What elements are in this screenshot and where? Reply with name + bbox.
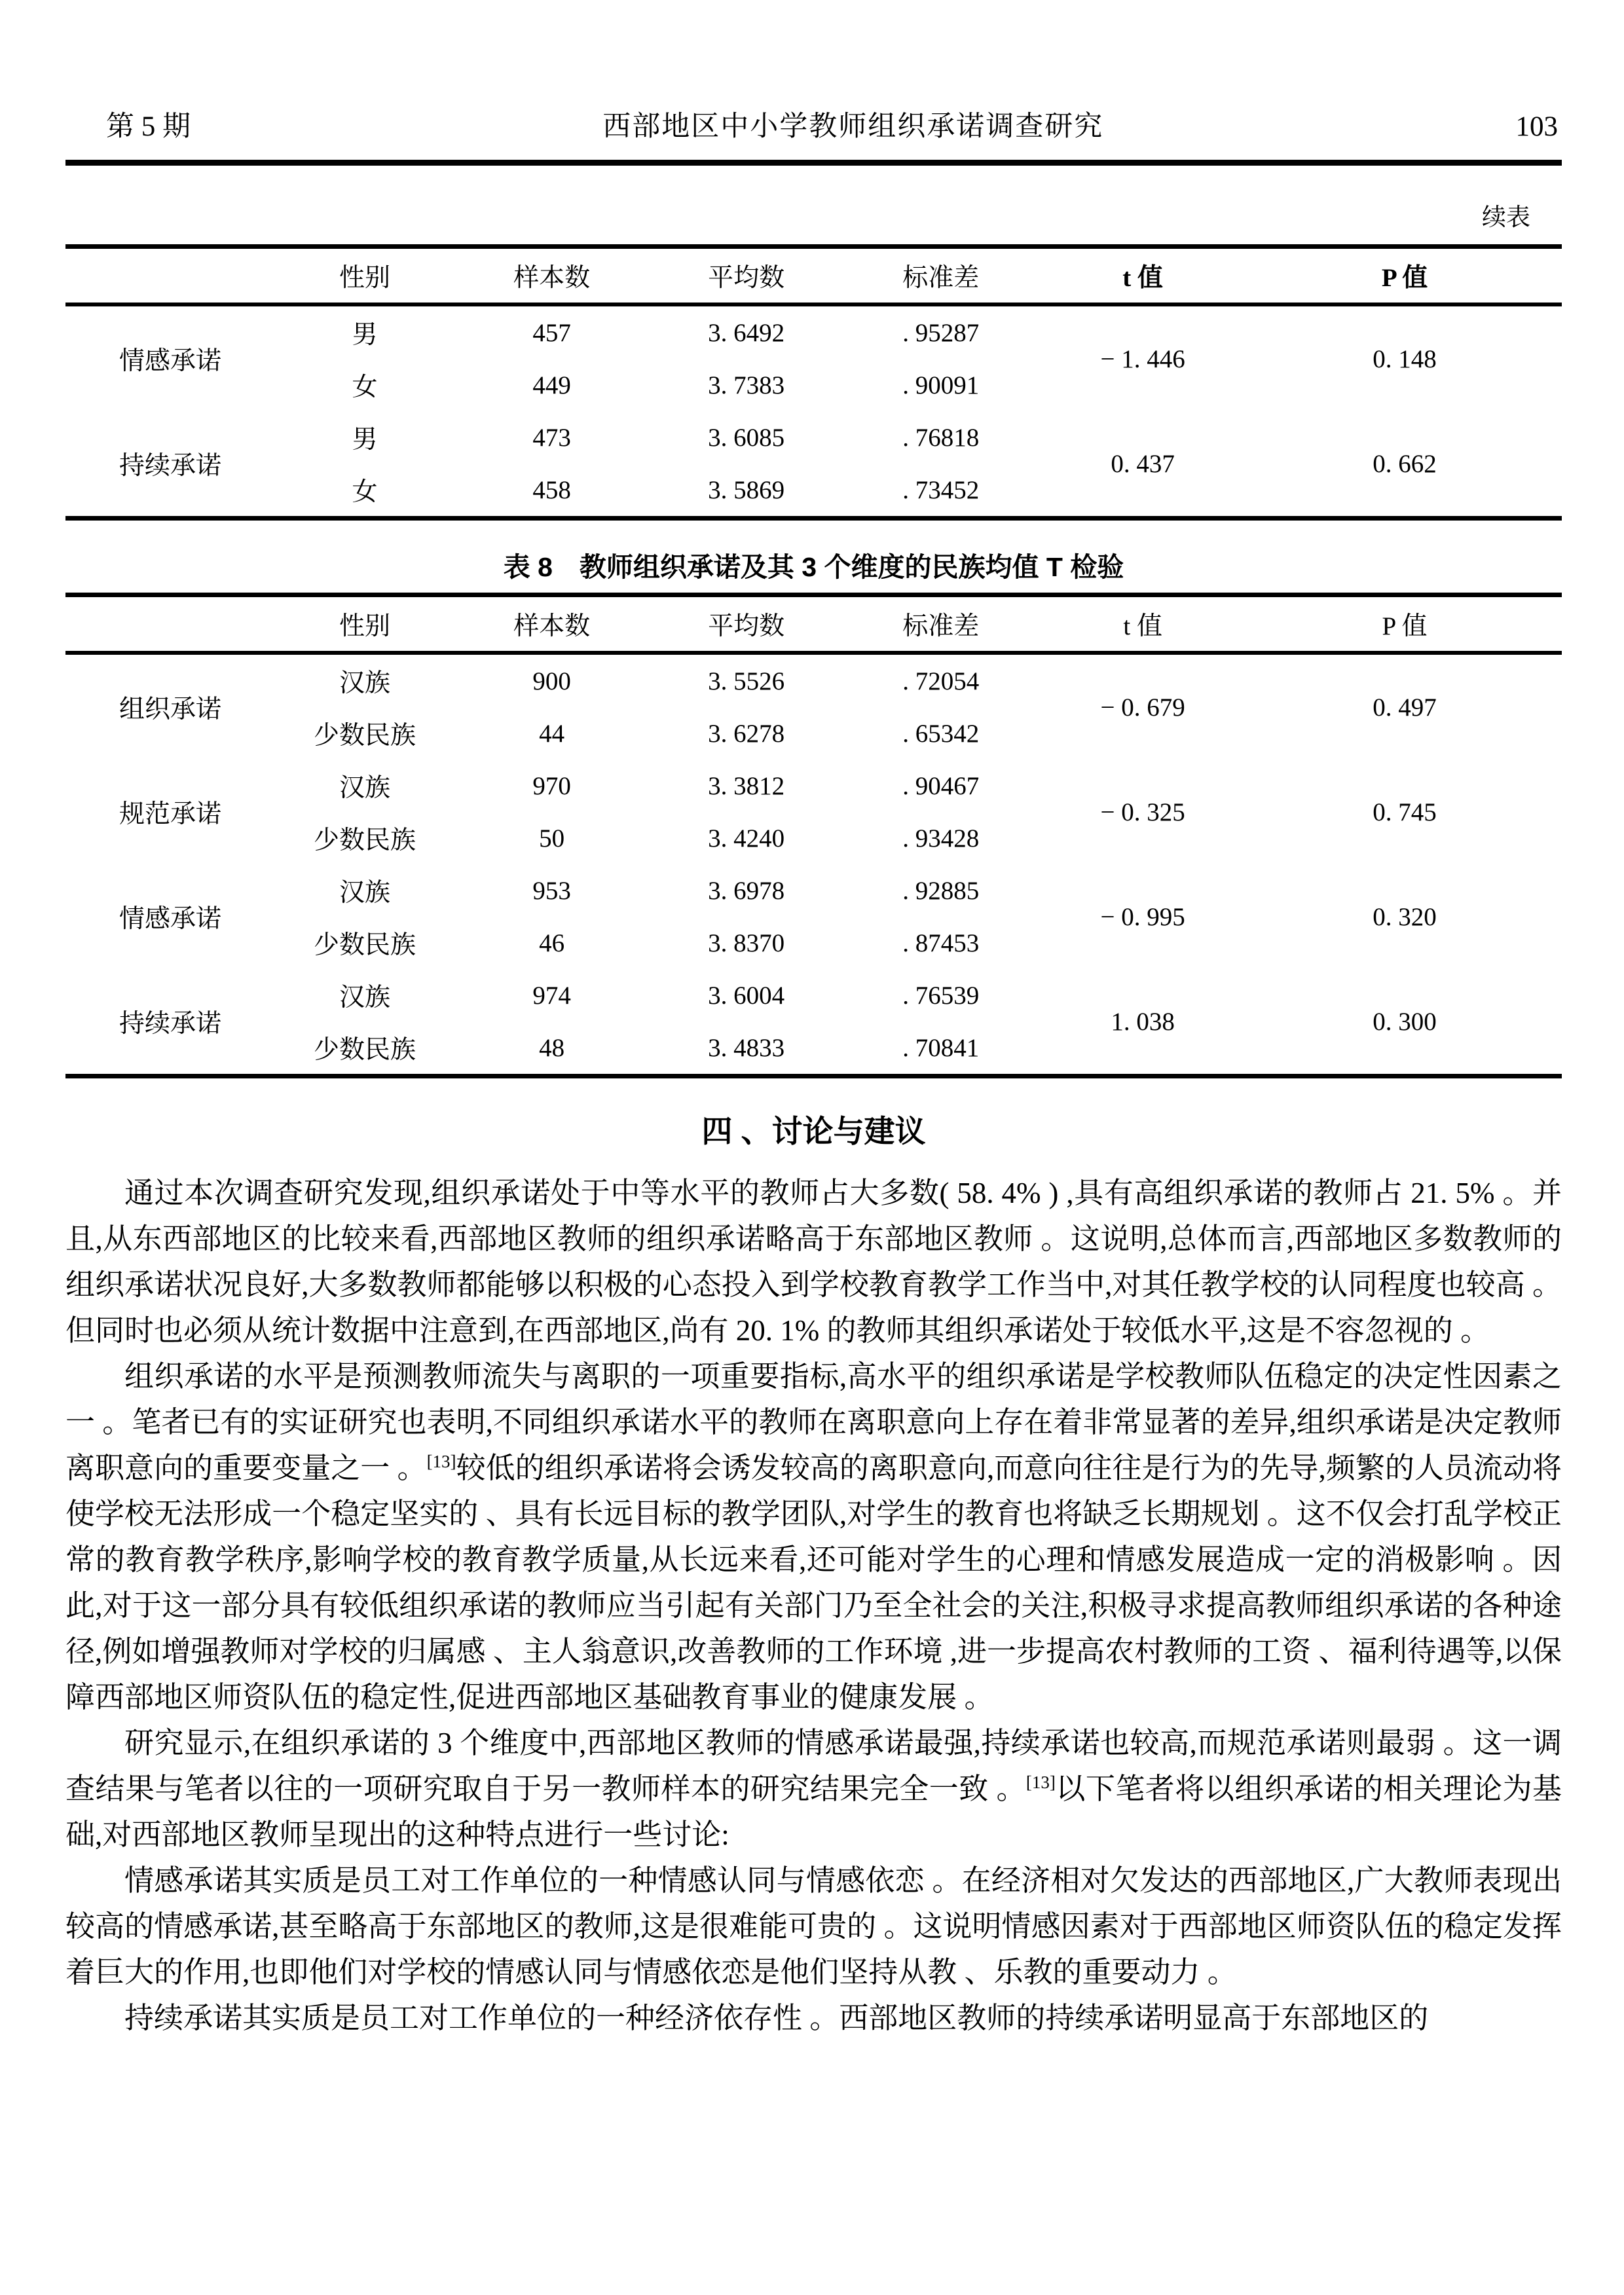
cell-mean: 3. 8370 xyxy=(649,917,843,969)
col-header-blank xyxy=(65,247,275,305)
cell-group: 女 xyxy=(275,464,454,519)
citation-ref: [13] xyxy=(1026,1772,1056,1792)
cell-dimension: 情感承诺 xyxy=(65,864,275,969)
col-header-group: 性别 xyxy=(275,247,454,305)
issue-label: 第 5 期 xyxy=(65,110,191,144)
col-header-p: P 值 xyxy=(1247,247,1562,305)
cell-mean: 3. 6492 xyxy=(649,304,843,359)
table-header-row: 性别 样本数 平均数 标准差 t 值 P 值 xyxy=(65,595,1562,653)
cell-n: 44 xyxy=(454,707,649,760)
cell-group: 少数民族 xyxy=(275,812,454,864)
table8-caption: 表 8 教师组织承诺及其 3 个维度的民族均值 T 检验 xyxy=(65,551,1562,583)
cell-t: 1. 038 xyxy=(1038,969,1247,1076)
cell-group: 男 xyxy=(275,411,454,464)
cell-group: 少数民族 xyxy=(275,707,454,760)
cell-dimension: 规范承诺 xyxy=(65,760,275,864)
paragraph-text: 较低的组织承诺将会诱发较高的离职意向,而意向往往是行为的先导,频繁的人员流动将使… xyxy=(65,1452,1562,1714)
table8: 性别 样本数 平均数 标准差 t 值 P 值 组织承诺 汉族 900 3. 55… xyxy=(65,593,1562,1078)
cell-n: 458 xyxy=(454,464,649,519)
paragraph: 通过本次调查研究发现,组织承诺处于中等水平的教师占大多数( 58. 4% ) ,… xyxy=(65,1170,1562,1353)
col-header-p: P 值 xyxy=(1247,595,1562,653)
cell-t: 0. 437 xyxy=(1038,411,1247,519)
cell-group: 汉族 xyxy=(275,760,454,812)
cell-sd: . 65342 xyxy=(843,707,1038,760)
cell-dimension: 持续承诺 xyxy=(65,411,275,519)
cell-group: 汉族 xyxy=(275,969,454,1021)
continued-table: 性别 样本数 平均数 标准差 t 值 P 值 情感承诺 男 457 3. 649… xyxy=(65,244,1562,521)
col-header-n: 样本数 xyxy=(454,247,649,305)
citation-ref: [13] xyxy=(427,1452,456,1471)
cell-sd: . 76539 xyxy=(843,969,1038,1021)
cell-sd: . 90091 xyxy=(843,359,1038,411)
table-row: 规范承诺 汉族 970 3. 3812 . 90467 − 0. 325 0. … xyxy=(65,760,1562,812)
col-header-mean: 平均数 xyxy=(649,247,843,305)
paragraph-text: 通过本次调查研究发现,组织承诺处于中等水平的教师占大多数( 58. 4% ) ,… xyxy=(65,1177,1562,1347)
col-header-n: 样本数 xyxy=(454,595,649,653)
cell-sd: . 87453 xyxy=(843,917,1038,969)
table-row: 组织承诺 汉族 900 3. 5526 . 72054 − 0. 679 0. … xyxy=(65,653,1562,707)
journal-page: 第 5 期 西部地区中小学教师组织承诺调查研究 103 续表 性别 样本数 平均… xyxy=(0,0,1624,2295)
cell-n: 970 xyxy=(454,760,649,812)
cell-n: 457 xyxy=(454,304,649,359)
cell-sd: . 73452 xyxy=(843,464,1038,519)
table-row: 持续承诺 男 473 3. 6085 . 76818 0. 437 0. 662 xyxy=(65,411,1562,464)
cell-sd: . 90467 xyxy=(843,760,1038,812)
section-heading: 四 、讨论与建议 xyxy=(65,1112,1562,1150)
cell-sd: . 92885 xyxy=(843,864,1038,917)
cell-sd: . 95287 xyxy=(843,304,1038,359)
cell-sd: . 76818 xyxy=(843,411,1038,464)
cell-n: 953 xyxy=(454,864,649,917)
table-row: 持续承诺 汉族 974 3. 6004 . 76539 1. 038 0. 30… xyxy=(65,969,1562,1021)
cell-n: 48 xyxy=(454,1021,649,1076)
cell-mean: 3. 6978 xyxy=(649,864,843,917)
cell-group: 汉族 xyxy=(275,864,454,917)
running-title: 西部地区中小学教师组织承诺调查研究 xyxy=(191,110,1516,144)
paragraph-text: 持续承诺其实质是员工对工作单位的一种经济依存性 。西部地区教师的持续承诺明显高于… xyxy=(124,2002,1428,2034)
cell-dimension: 情感承诺 xyxy=(65,304,275,411)
cell-sd: . 70841 xyxy=(843,1021,1038,1076)
cell-mean: 3. 6278 xyxy=(649,707,843,760)
cell-mean: 3. 6085 xyxy=(649,411,843,464)
paragraph-text: 情感承诺其实质是员工对工作单位的一种情感认同与情感依恋 。在经济相对欠发达的西部… xyxy=(65,1864,1562,1989)
cell-mean: 3. 5526 xyxy=(649,653,843,707)
cell-p: 0. 148 xyxy=(1247,304,1562,411)
cell-group: 少数民族 xyxy=(275,917,454,969)
cell-p: 0. 497 xyxy=(1247,653,1562,760)
cell-p: 0. 745 xyxy=(1247,760,1562,864)
cell-mean: 3. 3812 xyxy=(649,760,843,812)
paragraph: 情感承诺其实质是员工对工作单位的一种情感认同与情感依恋 。在经济相对欠发达的西部… xyxy=(65,1858,1562,1995)
table-header-row: 性别 样本数 平均数 标准差 t 值 P 值 xyxy=(65,247,1562,305)
cell-n: 449 xyxy=(454,359,649,411)
cell-t: − 0. 325 xyxy=(1038,760,1247,864)
header-rule xyxy=(65,160,1562,166)
col-header-sd: 标准差 xyxy=(843,247,1038,305)
cell-p: 0. 662 xyxy=(1247,411,1562,519)
cell-t: − 0. 995 xyxy=(1038,864,1247,969)
cell-p: 0. 320 xyxy=(1247,864,1562,969)
cell-group: 少数民族 xyxy=(275,1021,454,1076)
cell-group: 女 xyxy=(275,359,454,411)
cell-mean: 3. 4833 xyxy=(649,1021,843,1076)
page-number: 103 xyxy=(1516,110,1562,144)
table-row: 情感承诺 男 457 3. 6492 . 95287 − 1. 446 0. 1… xyxy=(65,304,1562,359)
cell-mean: 3. 5869 xyxy=(649,464,843,519)
cell-n: 50 xyxy=(454,812,649,864)
cell-mean: 3. 6004 xyxy=(649,969,843,1021)
col-header-blank xyxy=(65,595,275,653)
cell-group: 男 xyxy=(275,304,454,359)
cell-mean: 3. 7383 xyxy=(649,359,843,411)
cell-dimension: 组织承诺 xyxy=(65,653,275,760)
continued-table-label: 续表 xyxy=(65,202,1562,234)
col-header-t: t 值 xyxy=(1038,595,1247,653)
cell-sd: . 72054 xyxy=(843,653,1038,707)
page-header: 第 5 期 西部地区中小学教师组织承诺调查研究 103 xyxy=(65,110,1562,144)
cell-p: 0. 300 xyxy=(1247,969,1562,1076)
cell-mean: 3. 4240 xyxy=(649,812,843,864)
col-header-sd: 标准差 xyxy=(843,595,1038,653)
cell-group: 汉族 xyxy=(275,653,454,707)
col-header-group: 性别 xyxy=(275,595,454,653)
col-header-t: t 值 xyxy=(1038,247,1247,305)
cell-sd: . 93428 xyxy=(843,812,1038,864)
paragraph: 持续承诺其实质是员工对工作单位的一种经济依存性 。西部地区教师的持续承诺明显高于… xyxy=(65,1995,1562,2041)
paragraph: 研究显示,在组织承诺的 3 个维度中,西部地区教师的情感承诺最强,持续承诺也较高… xyxy=(65,1720,1562,1858)
cell-n: 900 xyxy=(454,653,649,707)
cell-n: 974 xyxy=(454,969,649,1021)
cell-n: 473 xyxy=(454,411,649,464)
col-header-mean: 平均数 xyxy=(649,595,843,653)
cell-dimension: 持续承诺 xyxy=(65,969,275,1076)
cell-t: − 1. 446 xyxy=(1038,304,1247,411)
table-row: 情感承诺 汉族 953 3. 6978 . 92885 − 0. 995 0. … xyxy=(65,864,1562,917)
paragraph: 组织承诺的水平是预测教师流失与离职的一项重要指标,高水平的组织承诺是学校教师队伍… xyxy=(65,1353,1562,1720)
discussion-body: 通过本次调查研究发现,组织承诺处于中等水平的教师占大多数( 58. 4% ) ,… xyxy=(65,1170,1562,2041)
cell-n: 46 xyxy=(454,917,649,969)
cell-t: − 0. 679 xyxy=(1038,653,1247,760)
